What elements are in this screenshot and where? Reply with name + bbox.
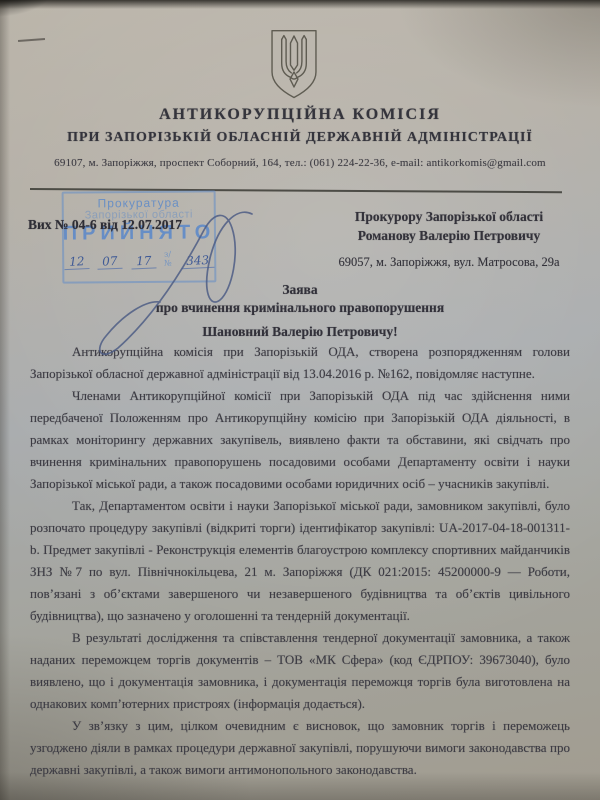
ukrainian-trident-icon	[265, 28, 323, 102]
addressee-title: Прокурору Запорізької області	[355, 207, 543, 226]
addressee-name: Романову Валерію Петровичу	[358, 226, 540, 245]
org-name-line1: АНТИКОРУПЦІЙНА КОМІСІЯ	[0, 106, 600, 124]
photo-corner-shadow	[0, 0, 110, 46]
body-paragraph: Так, Департаментом освіти і науки Запорі…	[30, 495, 570, 627]
org-name-line2: ПРИ ЗАПОРІЗЬКІЙ ОБЛАСНІЙ ДЕРЖАВНІЙ АДМІН…	[0, 130, 600, 146]
scanned-letter-page: АНТИКОРУПЦІЙНА КОМІСІЯ ПРИ ЗАПОРІЗЬКІЙ О…	[0, 0, 600, 800]
body-paragraph: У зв’язку з цим, цілком очевидним є висн…	[30, 715, 570, 781]
addressee-address: 69057, м. Запоріжжя, вул. Матросова, 29а	[338, 255, 559, 270]
body-paragraph: Членами Антикорупційної комісії при Запо…	[30, 385, 570, 495]
body-paragraph: В результаті дослідження та співставленн…	[30, 627, 570, 715]
letter-body: Антикорупційна комісія при Запорізькій О…	[30, 341, 570, 781]
signature-flourish	[80, 195, 270, 365]
org-contact-line: 69107, м. Запоріжжя, проспект Соборний, …	[0, 157, 600, 169]
addressee-block: Прокурору Запорізької області Романову В…	[314, 207, 584, 270]
